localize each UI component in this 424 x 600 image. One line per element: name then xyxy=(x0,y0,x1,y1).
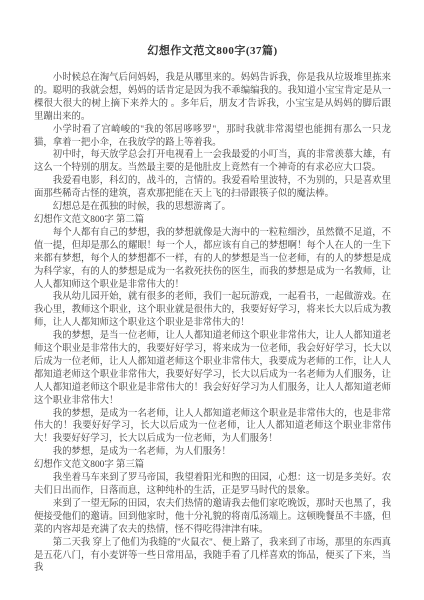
paragraph: 初中时，每天放学总会打开电视看上一会我最爱的小叮当，真的非常羡慕大雄，有这么一个… xyxy=(34,149,391,175)
paragraph: 每个人都有自己的梦想，我的梦想就像是大海中的一粒粒细沙，虽然微不足道，不值一提，… xyxy=(34,227,391,292)
document-title: 幻想作文范文800字(37篇) xyxy=(34,42,391,58)
paragraph: 小学时看了宫崎峻的"我的邻居哆哆罗"，那时我就非常渴望也能拥有那么一只龙猫，拿着… xyxy=(34,124,391,150)
paragraph: 小时候总在淘气后问妈妈，我是从哪里来的。妈妈告诉我，你是我从垃圾堆里拣来的。聪明… xyxy=(34,72,391,124)
paragraph: 我的梦想，是成为一名老师，为人们服务！ xyxy=(34,446,391,459)
paragraph: 幻想总是在孤独的时候，我的思想游离了。 xyxy=(34,201,391,214)
paragraph: 我的梦想，是成为一名老师，让人人都知道老师这个职业是非常伟大的，也是非常伟大的！… xyxy=(34,408,391,447)
paragraph: 我从幼儿园开始，就有很多的老师，我们一起玩游戏，一起看书，一起做游戏。在我心里，… xyxy=(34,291,391,330)
paragraph: 我爱看电影，科幻的，战斗的，言情的。我爱看哈里波特，不为别的，只是喜欢里面那些稀… xyxy=(34,175,391,201)
paragraph: 来到了一望无际的田园，农夫们热情的邀请我去他们家吃晚饭，那时天也黑了，我便接受他… xyxy=(34,498,391,537)
document-page: 幻想作文范文800字(37篇) 小时候总在淘气后问妈妈，我是从哪里来的。妈妈告诉… xyxy=(0,0,424,600)
document-body: 小时候总在淘气后问妈妈，我是从哪里来的。妈妈告诉我，你是我从垃圾堆里拣来的。聪明… xyxy=(34,72,391,575)
section-heading: 幻想作文范文800字 第三篇 xyxy=(34,459,391,472)
paragraph: 第二天我 穿上了他们为我缝的"火鼠衣"、便上路了，我来到了市场，那里的东西真是五… xyxy=(34,537,391,576)
paragraph: 我的梦想，是当一位老师，让人人都知道老师这个职业非常伟大，让人人都知道老师这个职… xyxy=(34,330,391,407)
section-heading: 幻想作文范文800字 第二篇 xyxy=(34,214,391,227)
paragraph: 我坐着马车来到了罗马帝国，我望着阳光和煦的田园，心想：这一切是多美好。农夫们日出… xyxy=(34,472,391,498)
